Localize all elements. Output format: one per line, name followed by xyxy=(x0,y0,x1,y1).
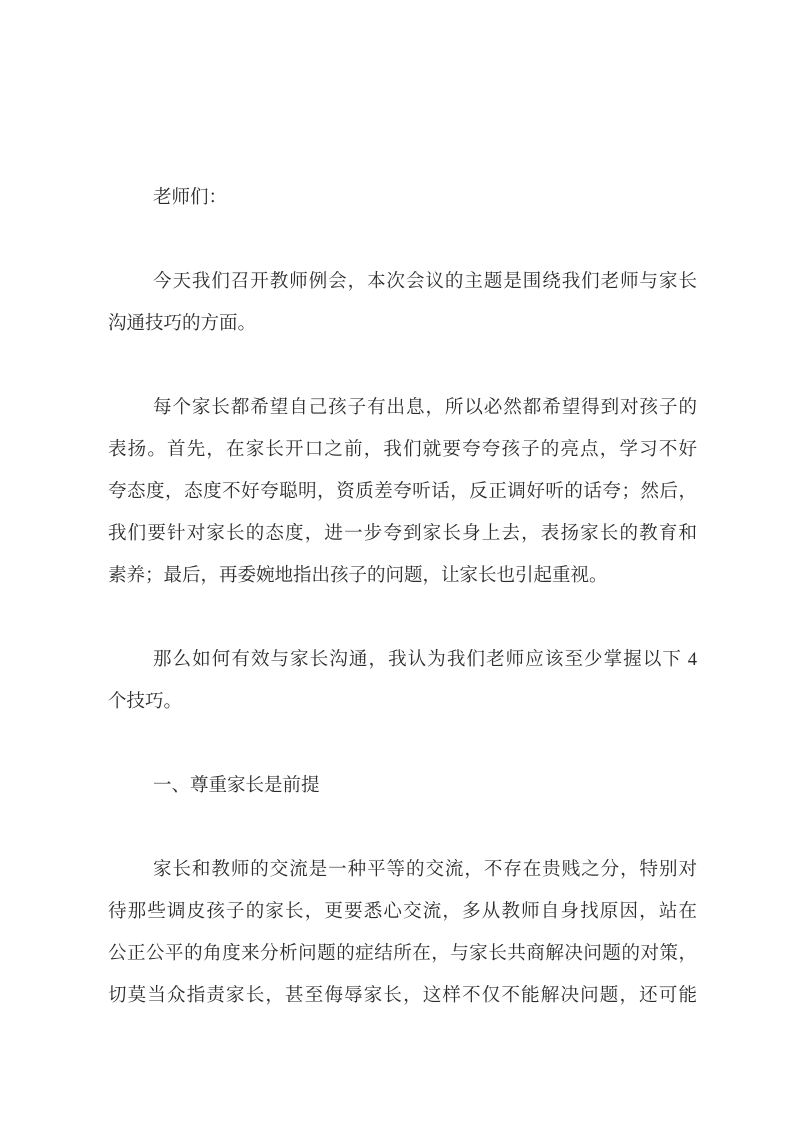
text-line: 切莫当众指责家长，甚至侮辱家长，这样不仅不能解决问题，还可能 xyxy=(108,975,697,1017)
text-line: 我们要针对家长的态度，进一步夸到家长身上去，表扬家长的教育和 xyxy=(108,513,697,555)
document-text-block: 老师们： 今天我们召开教师例会，本次会议的主题是围绕我们老师与家长 沟通技巧的方… xyxy=(108,177,697,1017)
text-line: 沟通技巧的方面。 xyxy=(108,303,697,345)
text-line: 一、尊重家长是前提 xyxy=(108,765,697,807)
paragraph-salutation: 老师们： xyxy=(108,177,697,219)
heading-skill-1: 一、尊重家长是前提 xyxy=(108,765,697,807)
text-line: 公正公平的角度来分析问题的症结所在，与家长共商解决问题的对策， xyxy=(108,933,697,975)
paragraph-praise-skills: 每个家长都希望自己孩子有出息，所以必然都希望得到对孩子的 表扬。首先，在家长开口… xyxy=(108,387,697,597)
text-line: 表扬。首先，在家长开口之前，我们就要夸夸孩子的亮点，学习不好 xyxy=(108,429,697,471)
paragraph-respect-parents: 家长和教师的交流是一种平等的交流，不存在贵贱之分，特别对 待那些调皮孩子的家长，… xyxy=(108,849,697,1017)
text-line: 今天我们召开教师例会，本次会议的主题是围绕我们老师与家长 xyxy=(108,261,697,303)
text-line: 那么如何有效与家长沟通，我认为我们老师应该至少掌握以下 4 xyxy=(108,639,697,681)
text-line: 个技巧。 xyxy=(108,681,697,723)
document-page: 老师们： 今天我们召开教师例会，本次会议的主题是围绕我们老师与家长 沟通技巧的方… xyxy=(0,0,793,1122)
paragraph-meeting-intro: 今天我们召开教师例会，本次会议的主题是围绕我们老师与家长 沟通技巧的方面。 xyxy=(108,261,697,345)
text-line: 每个家长都希望自己孩子有出息，所以必然都希望得到对孩子的 xyxy=(108,387,697,429)
text-line: 素养；最后，再委婉地指出孩子的问题，让家长也引起重视。 xyxy=(108,555,697,597)
text-line: 夸态度，态度不好夸聪明，资质差夸听话，反正调好听的话夸；然后， xyxy=(108,471,697,513)
paragraph-four-skills-lead: 那么如何有效与家长沟通，我认为我们老师应该至少掌握以下 4 个技巧。 xyxy=(108,639,697,723)
text-line: 老师们： xyxy=(108,177,697,219)
text-line: 待那些调皮孩子的家长，更要悉心交流，多从教师自身找原因，站在 xyxy=(108,891,697,933)
text-line: 家长和教师的交流是一种平等的交流，不存在贵贱之分，特别对 xyxy=(108,849,697,891)
